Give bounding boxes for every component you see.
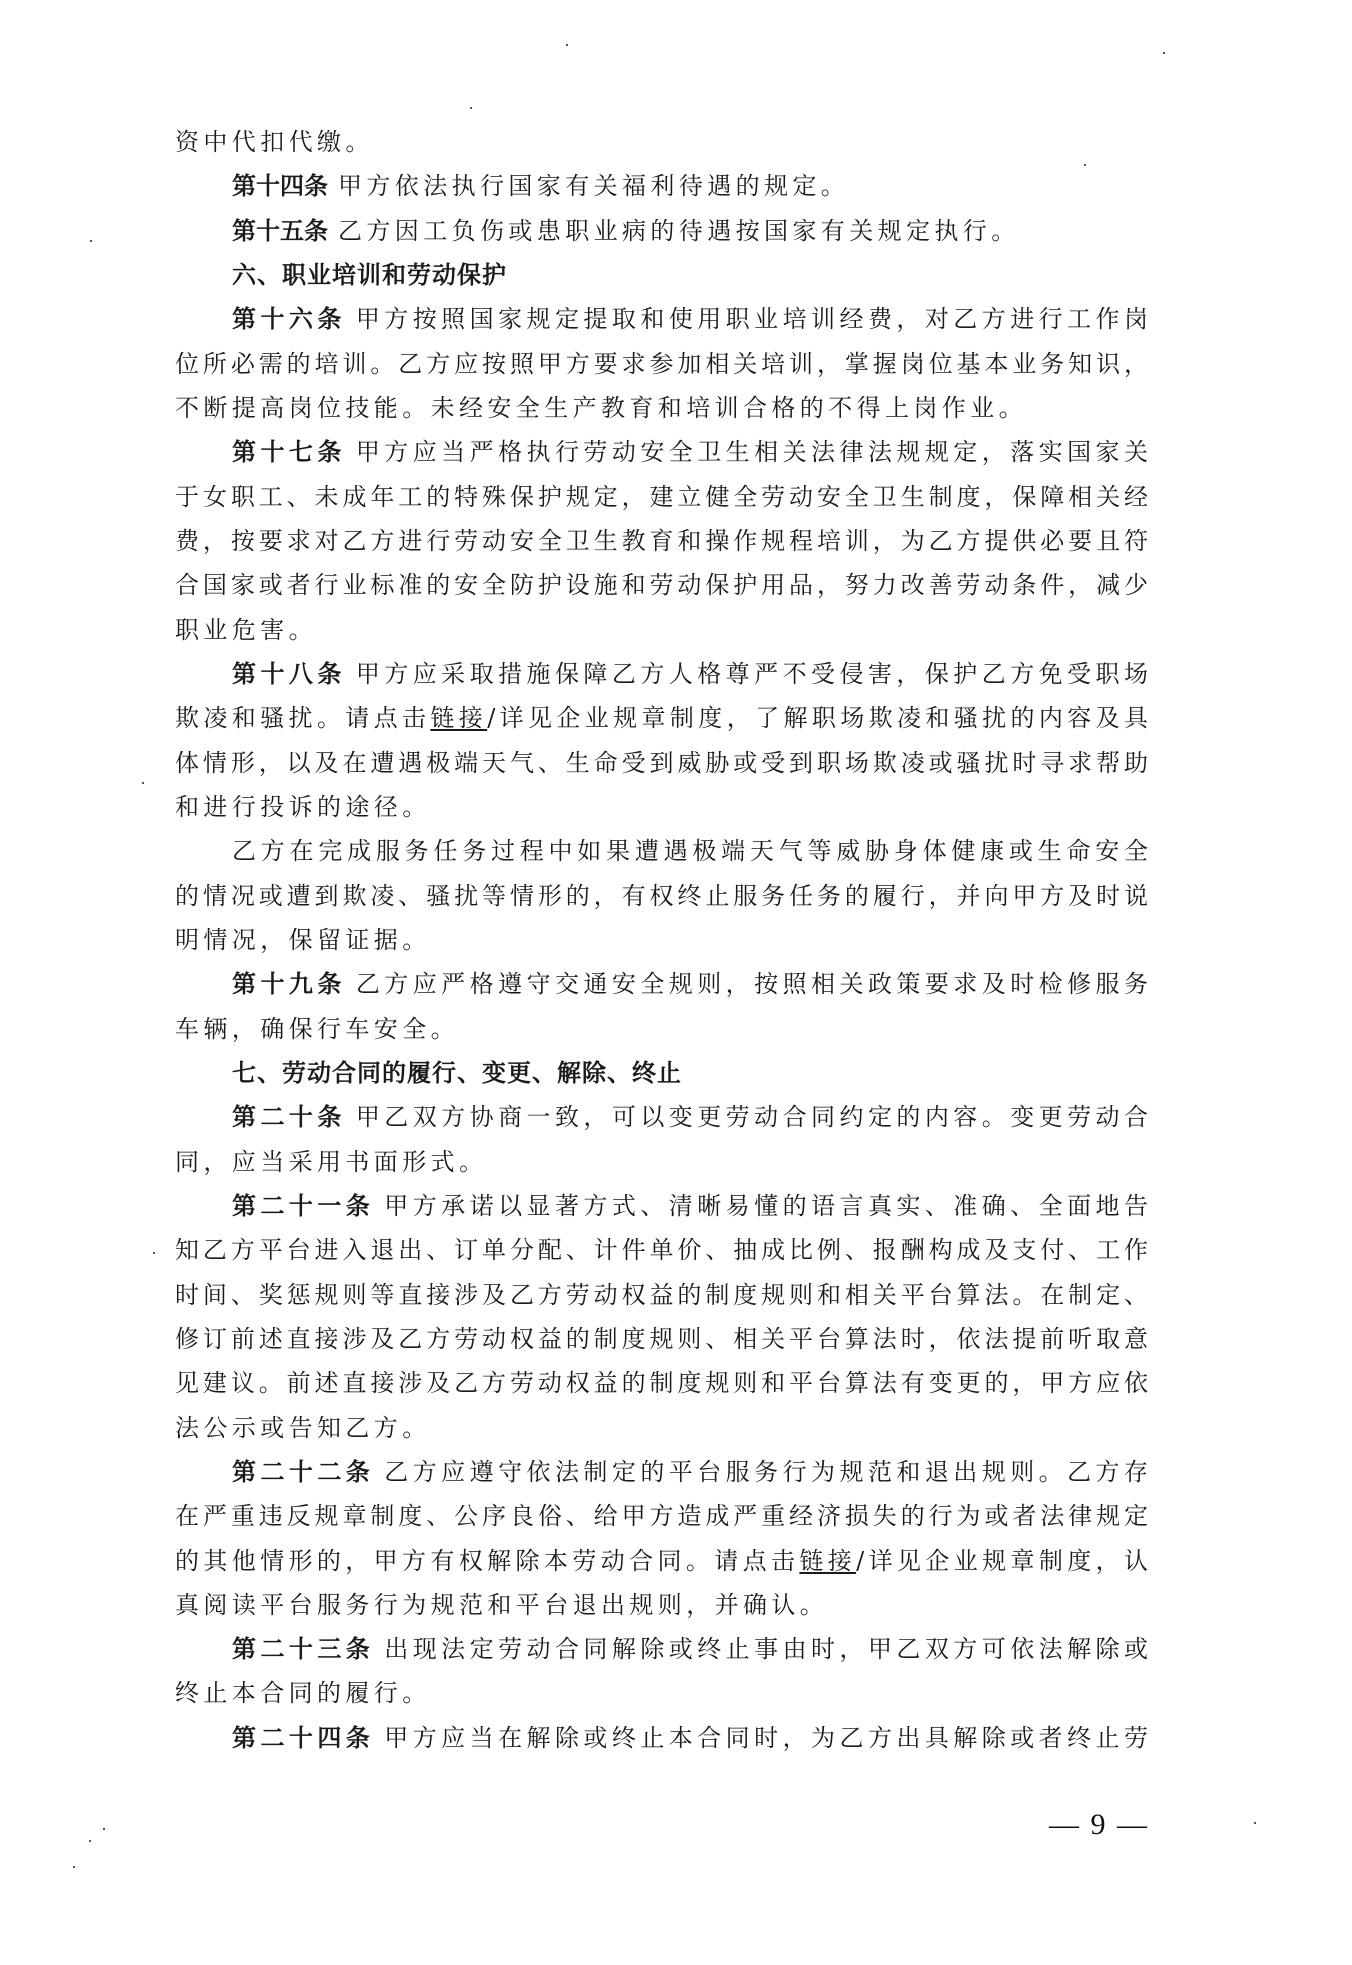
page-number: — 9 — (1045, 1808, 1153, 1842)
line-text: 乙方在完成服务任务过程中如果遭遇极端天气等威胁身体健康或生命安全 (232, 837, 1148, 865)
line-text: 真阅读平台服务行为规范和平台退出规则，并确认。 (175, 1591, 828, 1619)
article-text: 甲乙双方协商一致，可以变更劳动合同约定的内容。变更劳动合 (356, 1103, 1148, 1131)
line-text: /详见企业规章制度，认 (856, 1547, 1148, 1575)
document-page: 资中代扣代缴。 第十四条甲方依法执行国家有关福利待遇的规定。 第十五条乙方因工负… (0, 0, 1352, 1965)
line-text: 法公示或告知乙方。 (175, 1414, 431, 1442)
line-text: 于女职工、未成年工的特殊保护规定，建立健全劳动安全卫生制度，保障相关经 (175, 483, 1148, 511)
article-text: 乙方应严格遵守交通安全规则，按照相关政策要求及时检修服务 (356, 970, 1148, 998)
article-text: 甲方应当严格执行劳动安全卫生相关法律法规规定，落实国家关 (356, 438, 1148, 466)
paragraph-line: 乙方在完成服务任务过程中如果遭遇极端天气等威胁身体健康或生命安全 (175, 829, 1148, 873)
section-heading: 七、劳动合同的履行、变更、解除、终止 (232, 1059, 682, 1087)
article-21: 第二十一条甲方承诺以显著方式、清晰易懂的语言真实、准确、全面地告 (175, 1184, 1148, 1228)
article-22: 第二十二条乙方应遵守依法制定的平台服务行为规范和退出规则。乙方存 (175, 1450, 1148, 1494)
article-label: 第二十四条 (232, 1724, 374, 1752)
article-17: 第十七条甲方应当严格执行劳动安全卫生相关法律法规规定，落实国家关 (175, 430, 1148, 474)
paragraph-line: 不断提高岗位技能。未经安全生产教育和培训合格的不得上岗作业。 (175, 386, 1148, 430)
paragraph-line: 在严重违反规章制度、公序良俗、给甲方造成严重经济损失的行为或者法律规定 (175, 1494, 1148, 1538)
paragraph-line: 明情况，保留证据。 (175, 918, 1148, 962)
line-text: 在严重违反规章制度、公序良俗、给甲方造成严重经济损失的行为或者法律规定 (175, 1502, 1148, 1530)
article-label: 第十七条 (232, 438, 346, 466)
article-label: 第二十条 (232, 1103, 346, 1131)
scan-speck (89, 1840, 91, 1842)
scan-speck (90, 240, 92, 242)
line-text: 终止本合同的履行。 (175, 1679, 431, 1707)
article-label: 第十八条 (232, 660, 346, 688)
paragraph-line: 时间、奖惩规则等直接涉及乙方劳动权益的制度规则和相关平台算法。在制定、 (175, 1273, 1148, 1317)
line-text: 知乙方平台进入退出、订单分配、计件单价、抽成比例、报酬构成及支付、工作 (175, 1236, 1148, 1264)
document-body: 资中代扣代缴。 第十四条甲方依法执行国家有关福利待遇的规定。 第十五条乙方因工负… (175, 120, 1148, 1760)
article-19: 第十九条乙方应严格遵守交通安全规则，按照相关政策要求及时检修服务 (175, 962, 1148, 1006)
paragraph-line: 欺凌和骚扰。请点击链接/详见企业规章制度，了解职场欺凌和骚扰的内容及具 (175, 696, 1148, 740)
paragraph-line: 车辆，确保行车安全。 (175, 1007, 1148, 1051)
article-text: 甲方应采取措施保障乙方人格尊严不受侵害，保护乙方免受职场 (356, 660, 1148, 688)
scan-speck (142, 782, 144, 784)
section-heading-7: 七、劳动合同的履行、变更、解除、终止 (175, 1051, 1148, 1095)
article-text: 甲方承诺以显著方式、清晰易懂的语言真实、准确、全面地告 (384, 1192, 1148, 1220)
article-16: 第十六条甲方按照国家规定提取和使用职业培训经费，对乙方进行工作岗 (175, 297, 1148, 341)
regulations-link[interactable]: 链接 (799, 1547, 856, 1575)
article-14: 第十四条甲方依法执行国家有关福利待遇的规定。 (175, 164, 1148, 208)
article-text: 甲方按照国家规定提取和使用职业培训经费，对乙方进行工作岗 (356, 305, 1148, 333)
article-text: 乙方应遵守依法制定的平台服务行为规范和退出规则。乙方存 (384, 1458, 1148, 1486)
paragraph-line: 修订前述直接涉及乙方劳动权益的制度规则、相关平台算法时，依法提前听取意 (175, 1317, 1148, 1361)
article-text: 甲方应当在解除或终止本合同时，为乙方出具解除或者终止劳 (384, 1724, 1148, 1752)
paragraph-line: 于女职工、未成年工的特殊保护规定，建立健全劳动安全卫生制度，保障相关经 (175, 475, 1148, 519)
scan-speck (566, 44, 568, 46)
article-24: 第二十四条甲方应当在解除或终止本合同时，为乙方出具解除或者终止劳 (175, 1716, 1148, 1760)
line-text: 位所必需的培训。乙方应按照甲方要求参加相关培训，掌握岗位基本业务知识， (175, 350, 1148, 378)
line-text: /详见企业规章制度，了解职场欺凌和骚扰的内容及具 (487, 704, 1148, 732)
paragraph-line: 的其他情形的，甲方有权解除本劳动合同。请点击链接/详见企业规章制度，认 (175, 1539, 1148, 1583)
line-text: 职业危害。 (175, 616, 317, 644)
line-text: 欺凌和骚扰。请点击 (175, 704, 430, 732)
scan-speck (103, 1828, 105, 1830)
paragraph-line: 费，按要求对乙方进行劳动安全卫生教育和操作规程培训，为乙方提供必要且符 (175, 519, 1148, 563)
article-18: 第十八条甲方应采取措施保障乙方人格尊严不受侵害，保护乙方免受职场 (175, 652, 1148, 696)
line-text: 明情况，保留证据。 (175, 926, 431, 954)
paragraph-line: 真阅读平台服务行为规范和平台退出规则，并确认。 (175, 1583, 1148, 1627)
paragraph-line: 知乙方平台进入退出、订单分配、计件单价、抽成比例、报酬构成及支付、工作 (175, 1228, 1148, 1272)
line-text: 的其他情形的，甲方有权解除本劳动合同。请点击 (175, 1547, 799, 1575)
paragraph-line: 的情况或遭到欺凌、骚扰等情形的，有权终止服务任务的履行，并向甲方及时说 (175, 874, 1148, 918)
scan-speck (1163, 52, 1165, 54)
article-15: 第十五条乙方因工负伤或患职业病的待遇按国家有关规定执行。 (175, 209, 1148, 253)
article-23: 第二十三条出现法定劳动合同解除或终止事由时，甲乙双方可依法解除或 (175, 1627, 1148, 1671)
article-label: 第十六条 (232, 305, 346, 333)
regulations-link[interactable]: 链接 (430, 704, 487, 732)
scan-speck (1254, 1822, 1256, 1824)
line-text: 合国家或者行业标准的安全防护设施和劳动保护用品，努力改善劳动条件，减少 (175, 571, 1148, 599)
article-label: 第十九条 (232, 970, 346, 998)
paragraph-line: 和进行投诉的途径。 (175, 785, 1148, 829)
article-label: 第十四条 (232, 172, 328, 200)
paragraph-line: 法公示或告知乙方。 (175, 1406, 1148, 1450)
line-text: 修订前述直接涉及乙方劳动权益的制度规则、相关平台算法时，依法提前听取意 (175, 1325, 1148, 1353)
line-text: 体情形，以及在遭遇极端天气、生命受到威胁或受到职场欺凌或骚扰时寻求帮助 (175, 749, 1148, 777)
paragraph-line: 合国家或者行业标准的安全防护设施和劳动保护用品，努力改善劳动条件，减少 (175, 563, 1148, 607)
article-text: 出现法定劳动合同解除或终止事由时，甲乙双方可依法解除或 (384, 1635, 1148, 1663)
article-label: 第二十三条 (232, 1635, 374, 1663)
line-text: 不断提高岗位技能。未经安全生产教育和培训合格的不得上岗作业。 (175, 394, 1027, 422)
scan-speck (153, 1252, 155, 1254)
article-text: 乙方因工负伤或患职业病的待遇按国家有关规定执行。 (338, 217, 1020, 245)
paragraph-line: 终止本合同的履行。 (175, 1671, 1148, 1715)
article-20: 第二十条甲乙双方协商一致，可以变更劳动合同约定的内容。变更劳动合 (175, 1095, 1148, 1139)
article-label: 第二十二条 (232, 1458, 374, 1486)
scan-speck (470, 107, 472, 109)
article-label: 第二十一条 (232, 1192, 374, 1220)
paragraph-line: 资中代扣代缴。 (175, 120, 1148, 164)
paragraph-line: 职业危害。 (175, 608, 1148, 652)
article-label: 第十五条 (232, 217, 328, 245)
line-text: 时间、奖惩规则等直接涉及乙方劳动权益的制度规则和相关平台算法。在制定、 (175, 1281, 1148, 1309)
line-text: 同，应当采用书面形式。 (175, 1148, 487, 1176)
article-text: 甲方依法执行国家有关福利待遇的规定。 (338, 172, 849, 200)
paragraph-line: 见建议。前述直接涉及乙方劳动权益的制度规则和平台算法有变更的，甲方应依 (175, 1361, 1148, 1405)
paragraph-line: 同，应当采用书面形式。 (175, 1140, 1148, 1184)
scan-speck (73, 1866, 75, 1868)
section-heading-6: 六、职业培训和劳动保护 (175, 253, 1148, 297)
line-text: 资中代扣代缴。 (175, 128, 374, 156)
section-heading: 六、职业培训和劳动保护 (232, 261, 507, 289)
line-text: 和进行投诉的途径。 (175, 793, 431, 821)
paragraph-line: 体情形，以及在遭遇极端天气、生命受到威胁或受到职场欺凌或骚扰时寻求帮助 (175, 741, 1148, 785)
line-text: 车辆，确保行车安全。 (175, 1015, 459, 1043)
line-text: 见建议。前述直接涉及乙方劳动权益的制度规则和平台算法有变更的，甲方应依 (175, 1369, 1148, 1397)
paragraph-line: 位所必需的培训。乙方应按照甲方要求参加相关培训，掌握岗位基本业务知识， (175, 342, 1148, 386)
line-text: 费，按要求对乙方进行劳动安全卫生教育和操作规程培训，为乙方提供必要且符 (175, 527, 1148, 555)
line-text: 的情况或遭到欺凌、骚扰等情形的，有权终止服务任务的履行，并向甲方及时说 (175, 882, 1148, 910)
scan-speck (1084, 164, 1086, 166)
